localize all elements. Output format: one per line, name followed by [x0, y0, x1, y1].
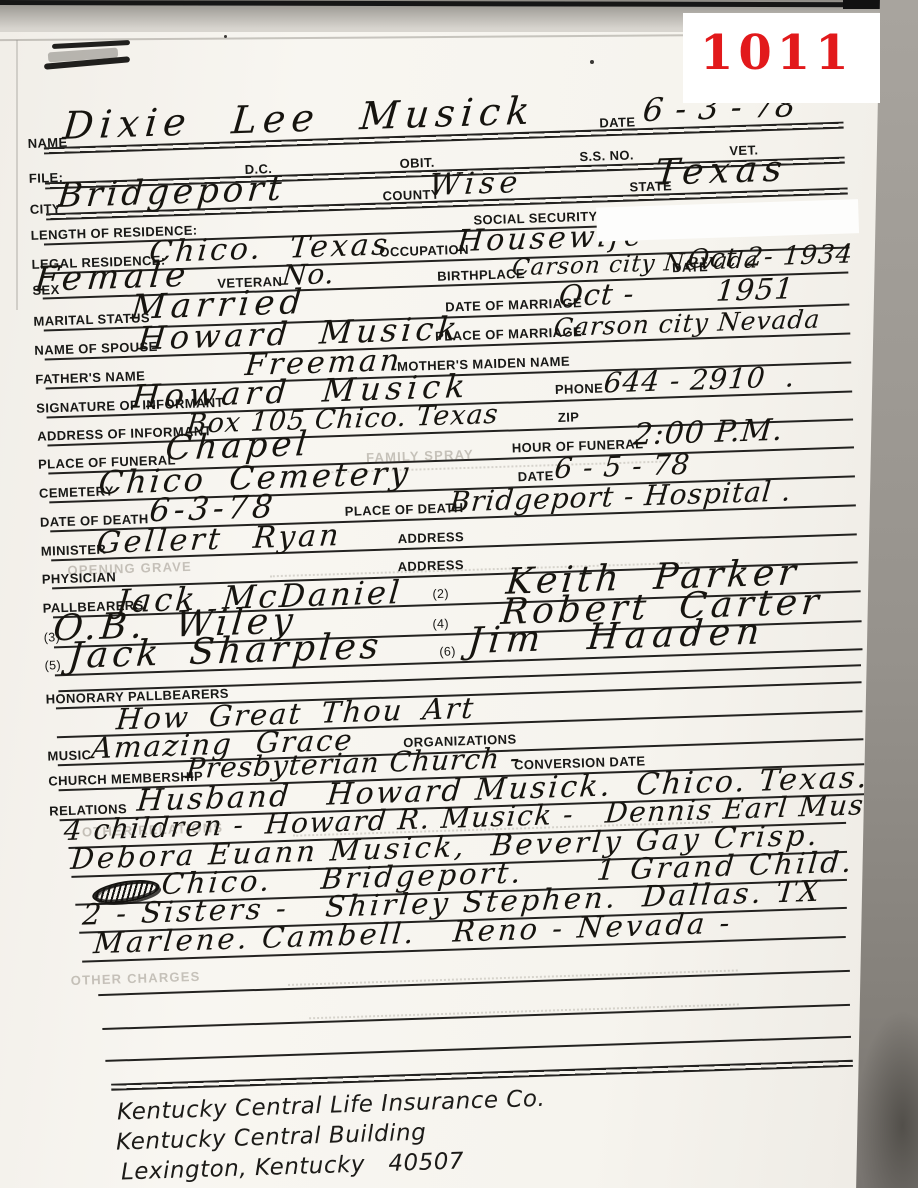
field-value-pallbearer-5: Jack Sharples: [67, 629, 384, 675]
page-number-tag: 1011: [683, 13, 880, 103]
scanned-document: FAMILY SPRAY OPENING GRAVE OTHER RELATIO…: [0, 0, 918, 1188]
field-value-county: Wise: [428, 168, 524, 201]
form-body: FAMILY SPRAY OPENING GRAVE OTHER RELATIO…: [21, 0, 918, 1187]
field-value-minister: Gellert Ryan: [95, 521, 342, 559]
ghost-text-other-charges: OTHER CHARGES: [71, 970, 201, 987]
page-number: 1011: [700, 25, 854, 81]
field-label-minister-address: ADDRESS: [397, 530, 464, 546]
field-label-place-of-death: PLACE OF DEATH: [345, 501, 464, 519]
rule: [111, 1060, 853, 1091]
paper-crease-left: [16, 40, 18, 310]
field-label-physician: PHYSICIAN: [42, 570, 117, 587]
rule: [98, 970, 850, 996]
field-label-pallbearer-2: (2): [432, 588, 449, 602]
field-label-obit: OBIT.: [399, 156, 435, 171]
field-label-phone: PHONE: [555, 381, 604, 397]
field-value-birth-date: Oct 2- 1934: [687, 241, 855, 272]
field-value-pallbearer-6: Jim Haaden: [466, 614, 766, 660]
field-value-hour-of-funeral: 2:00 P.M.: [632, 416, 784, 451]
field-value-place-of-death: Bridgeport - Hospital .: [448, 477, 793, 516]
field-value-city: Bridgeport: [56, 172, 287, 213]
field-label-music: MUSIC: [47, 748, 91, 764]
field-label-date: DATE: [599, 115, 635, 130]
footer-address-line-1: Kentucky Central Life Insurance Co.: [117, 1086, 546, 1126]
field-label-pallbearer-5: (5): [44, 659, 61, 673]
field-value-state: Texas: [653, 151, 789, 191]
rule: [102, 1004, 850, 1030]
field-value-phone: 644 - 2910 .: [603, 363, 797, 397]
whiteout-redaction-box: [596, 199, 859, 241]
field-label-pallbearer-6: (6): [439, 645, 456, 659]
rule: [105, 1036, 851, 1062]
field-label-ss-no: S.S. NO.: [579, 148, 634, 164]
field-label-physician-address: ADDRESS: [397, 558, 464, 574]
field-label-zip: ZIP: [558, 410, 580, 425]
field-label-pallbearer-4: (4): [432, 618, 449, 632]
scan-shadow-bottom-right: [856, 1010, 918, 1188]
